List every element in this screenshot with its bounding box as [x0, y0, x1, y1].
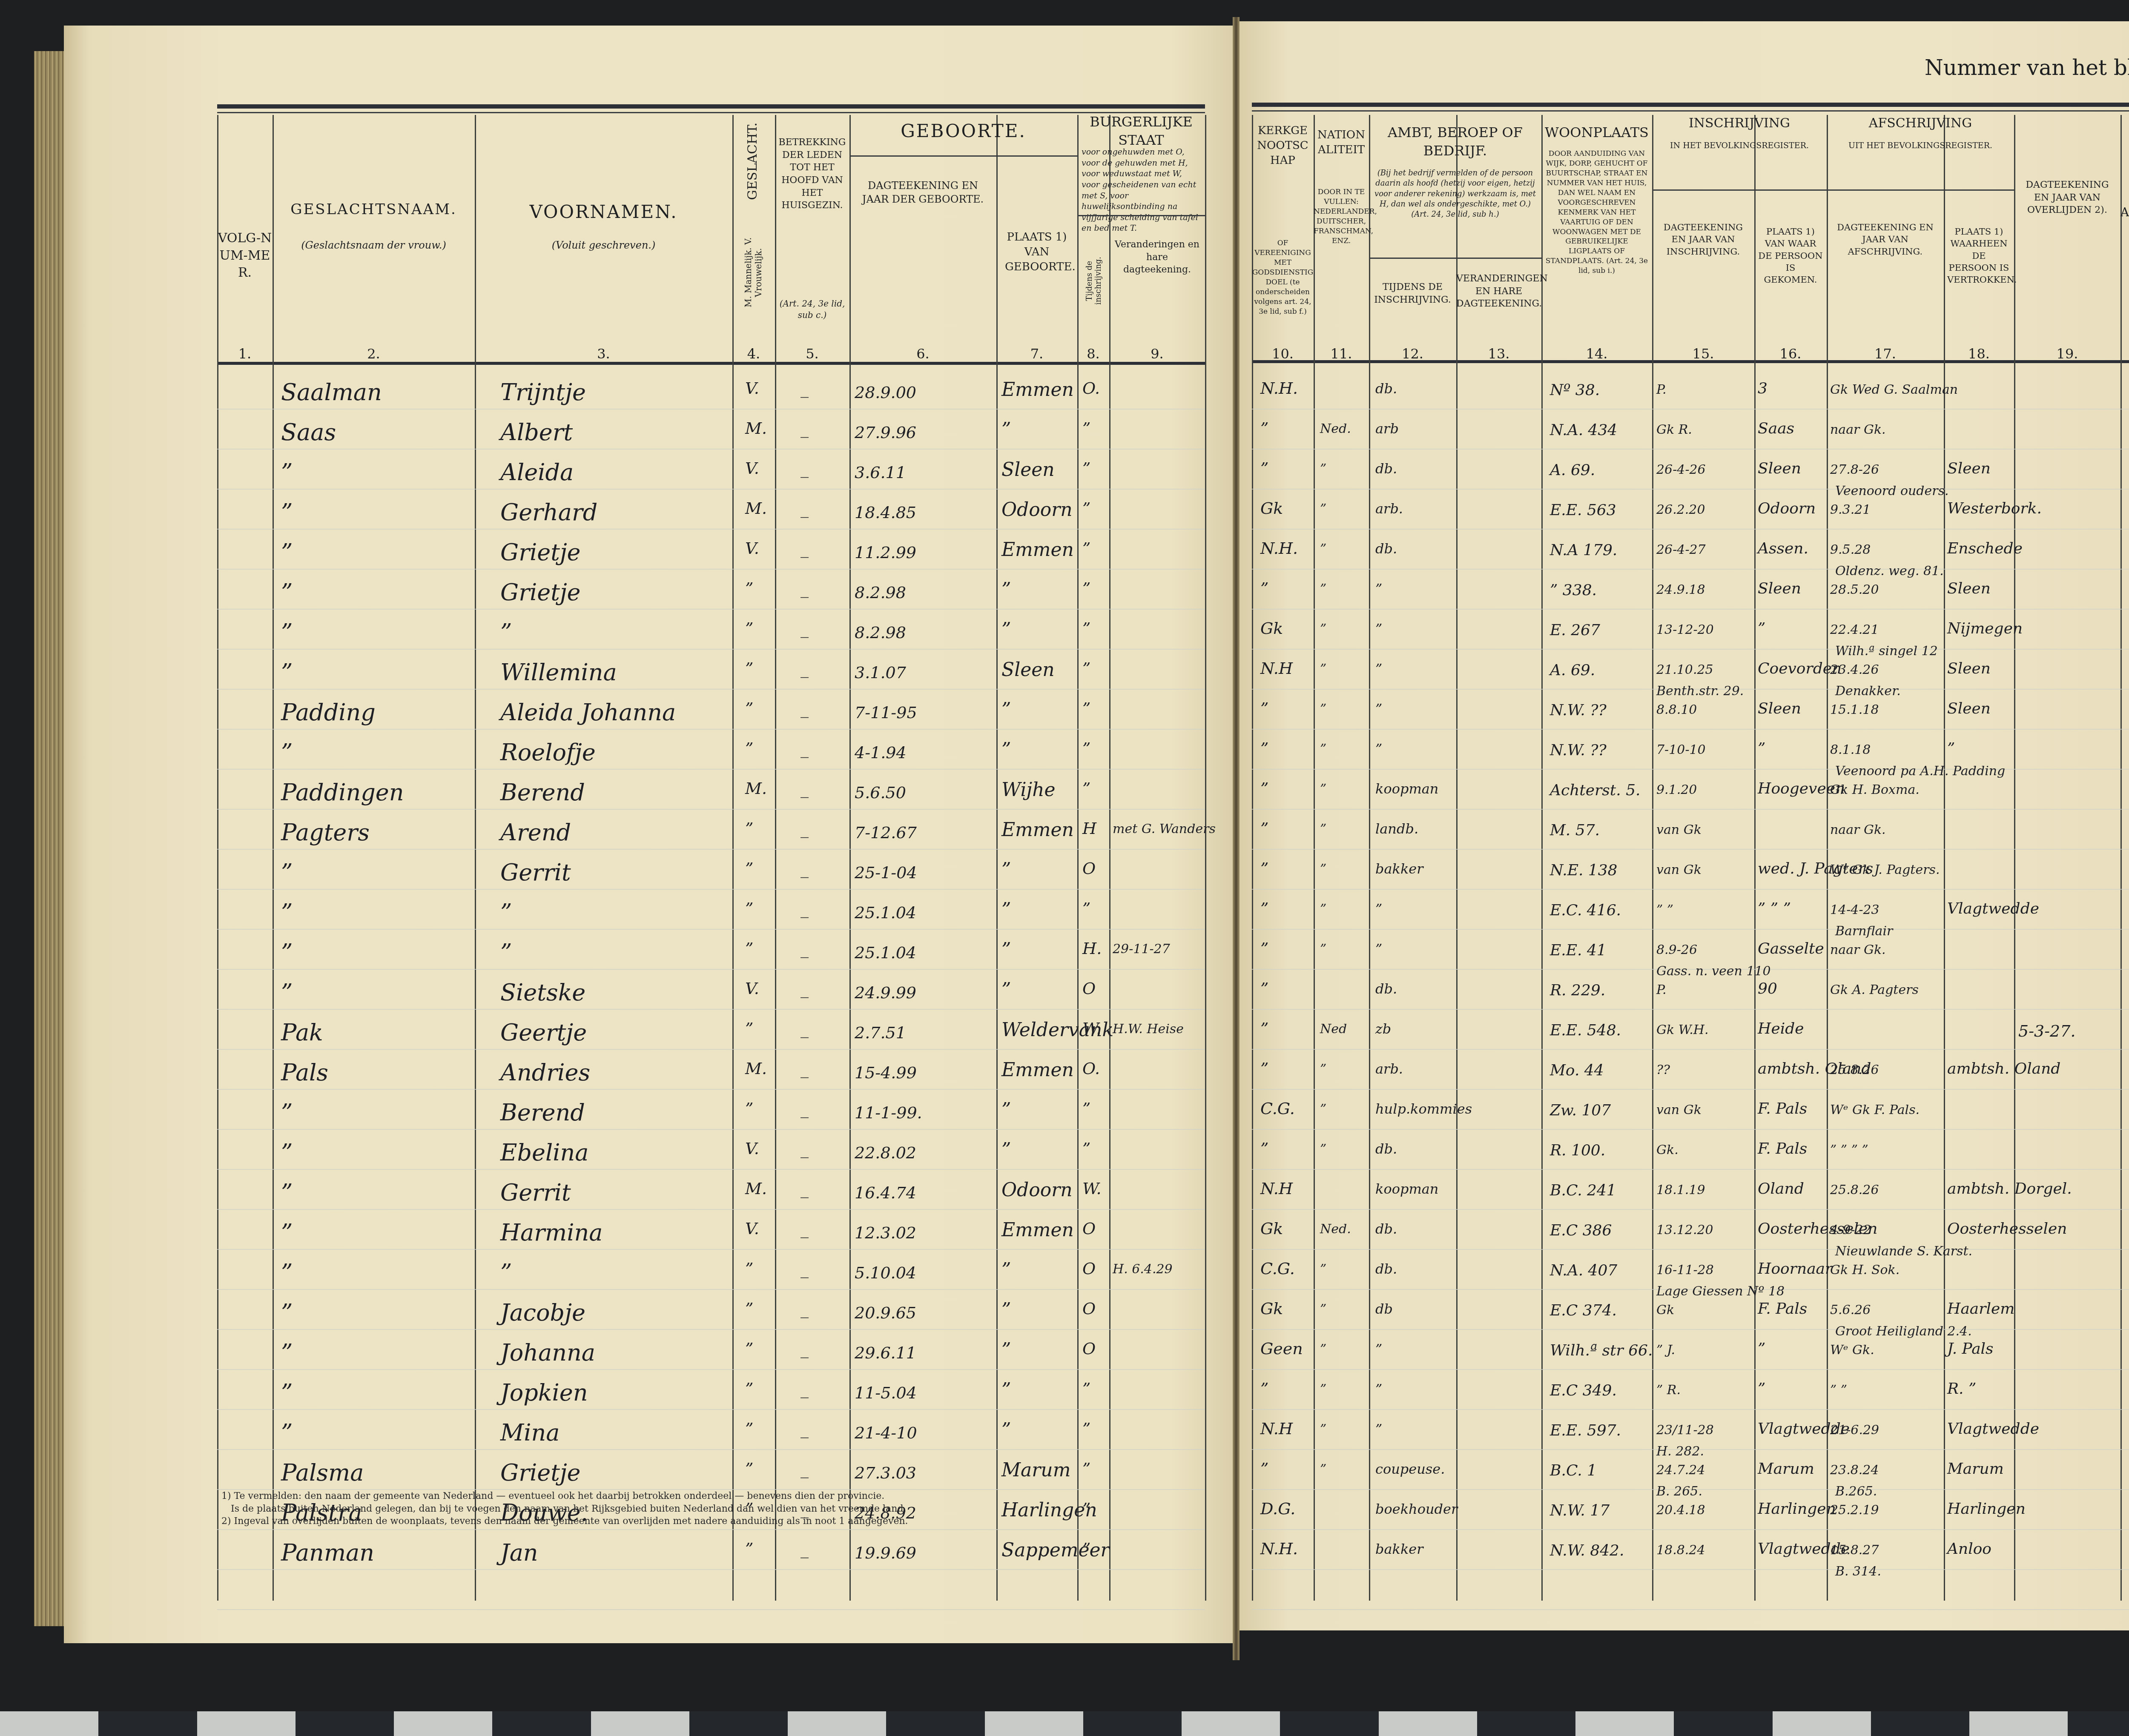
- scale-square: [492, 1711, 591, 1736]
- ruled-line: [217, 729, 1205, 730]
- registration-date-cell: van Gk: [1656, 822, 1701, 837]
- address-cell: R. 100.: [1550, 1142, 1605, 1159]
- surname-cell: Padding: [281, 699, 376, 726]
- ruled-line: [1252, 1129, 2129, 1130]
- surname-cell: ”: [281, 499, 293, 526]
- ruled-line: [217, 1009, 1205, 1010]
- address-cell: E. 267: [1550, 622, 1600, 639]
- birth-date-cell: 27.9.96: [855, 423, 916, 442]
- registration-from-cell: Sleen: [1758, 580, 1801, 597]
- ruled-line: [1252, 489, 2129, 490]
- deregistration-to-cell: Sleen: [1947, 700, 1991, 717]
- birth-place-cell: Wijhe: [1001, 779, 1056, 801]
- ruled-line: [217, 609, 1205, 610]
- birth-place-cell: Sappemeer: [1001, 1539, 1110, 1561]
- registration-date-cell: 13.12.20: [1656, 1223, 1713, 1238]
- registration-date-cell: 24.7.24: [1656, 1463, 1705, 1478]
- header-rule-right-thin: [1252, 110, 2129, 112]
- scale-square: [394, 1711, 492, 1736]
- ruled-line: [217, 569, 1205, 570]
- sex-cell: ”: [745, 1539, 753, 1558]
- col-number: 8.: [1077, 345, 1109, 363]
- civil-status-cell: O: [1082, 1299, 1096, 1318]
- relation-cell: _: [801, 1299, 809, 1318]
- first-name-cell: Jan: [500, 1539, 538, 1566]
- birth-place-cell: Odoorn: [1001, 1179, 1073, 1201]
- address-cell: M. 57.: [1550, 822, 1600, 839]
- occupation-cell: koopman: [1375, 1181, 1438, 1197]
- ruled-line: [1252, 529, 2129, 530]
- scale-square: [689, 1711, 788, 1736]
- footnote-1: 1) Te vermelden: den naam der gemeente v…: [221, 1490, 908, 1503]
- first-name-cell: ”: [500, 619, 512, 646]
- first-name-cell: Aleida: [500, 459, 574, 486]
- deregistration-date-cell: 14-4-23: [1830, 902, 1879, 917]
- ruled-line: [217, 1049, 1205, 1050]
- occupation-cell: koopman: [1375, 781, 1438, 797]
- birth-date-cell: 11-5.04: [855, 1384, 917, 1402]
- nationality-cell: ”: [1320, 1422, 1326, 1437]
- civil-status-cell: W.: [1082, 1179, 1102, 1198]
- birth-date-cell: 7-11-95: [855, 703, 917, 722]
- birth-date-cell: 8.2.98: [855, 623, 906, 642]
- surname-cell: ”: [281, 579, 293, 606]
- birth-place-cell: Marum: [1001, 1459, 1070, 1481]
- deregistration-to-cell: Marum: [1947, 1460, 2004, 1478]
- sex-cell: ”: [745, 819, 753, 838]
- civil-status-cell: O: [1082, 1339, 1096, 1358]
- deregistration-date-cell: Wᵉ Gk F. Pals.: [1830, 1103, 1920, 1117]
- civil-status-change-cell: 29-11-27: [1113, 942, 1170, 957]
- registration-date-cell: 9.1.20: [1656, 782, 1697, 797]
- civil-status-cell: O: [1082, 1259, 1096, 1278]
- scale-square: [788, 1711, 886, 1736]
- sex-cell: V.: [745, 979, 759, 998]
- relation-cell: _: [801, 1259, 809, 1278]
- col-note-aanmerkingen: (Art. 24, 5e lid.): [2120, 238, 2129, 250]
- sex-cell: ”: [745, 579, 753, 598]
- occupation-cell: db.: [1375, 381, 1397, 397]
- civil-status-cell: ”: [1082, 579, 1090, 598]
- ruled-line: [1252, 889, 2129, 890]
- sex-cell: V.: [745, 539, 759, 558]
- deregistration-to-cell: Enschede: [1947, 540, 2023, 557]
- address-cell: Achterst. 5.: [1550, 782, 1641, 799]
- scale-square: [1083, 1711, 1182, 1736]
- church-cell: ”: [1260, 459, 1268, 478]
- column-divider: [1109, 115, 1110, 1601]
- deregistration-to-cell: Sleen: [1947, 580, 1991, 597]
- relation-cell: _: [801, 539, 809, 558]
- sex-cell: ”: [745, 899, 753, 918]
- ruled-line: [217, 929, 1205, 930]
- relation-cell: _: [801, 1099, 809, 1118]
- first-name-cell: Grietje: [500, 1459, 581, 1486]
- deregistration-to-cell: Vlagtwedde: [1947, 900, 2039, 917]
- group-divider-geboorte: [849, 155, 1077, 157]
- church-cell: ”: [1260, 859, 1268, 878]
- column-divider: [849, 115, 851, 1601]
- sex-cell: M.: [745, 1179, 767, 1198]
- deregistration-date-cell: Gk A. Pagters: [1830, 983, 1919, 997]
- nationality-cell: ”: [1320, 1262, 1326, 1277]
- group-divider-inschrijving: [1652, 189, 1827, 191]
- relation-cell: _: [801, 499, 809, 518]
- surname-cell: ”: [281, 979, 293, 1006]
- registration-date-cell: 18.8.24: [1656, 1543, 1705, 1558]
- sex-cell: ”: [745, 1339, 753, 1358]
- column-divider: [273, 115, 274, 1601]
- surname-cell: ”: [281, 1299, 293, 1326]
- church-cell: N.H: [1260, 1419, 1293, 1438]
- church-cell: ”: [1260, 779, 1268, 798]
- address-cell: R. 229.: [1550, 982, 1605, 999]
- birth-date-cell: 16.4.74: [855, 1183, 916, 1202]
- nationality-cell: ”: [1320, 662, 1326, 676]
- deregistration-date-cell: Wᵉ Gk.: [1830, 1343, 1874, 1358]
- col-number: 19.: [2014, 345, 2120, 363]
- surname-cell: ”: [281, 899, 293, 926]
- deregistration-to-cell: ambtsh. Dorgel.: [1947, 1180, 2072, 1197]
- registration-note: B. 265.: [1656, 1484, 1702, 1499]
- nationality-cell: Ned: [1320, 1022, 1347, 1037]
- address-cell: B.C. 241: [1550, 1182, 1616, 1199]
- civil-status-cell: ”: [1082, 459, 1090, 478]
- birth-date-cell: 20.9.65: [855, 1303, 916, 1322]
- ruled-line: [217, 1609, 1205, 1610]
- scale-square: [1477, 1711, 1575, 1736]
- col-number: 20.: [2120, 345, 2129, 363]
- sex-cell: M.: [745, 419, 767, 438]
- first-name-cell: Johanna: [500, 1339, 595, 1366]
- registration-date-cell: 26-4-26: [1656, 462, 1706, 477]
- surname-cell: ”: [281, 1259, 293, 1286]
- birth-place-cell: ”: [1001, 419, 1011, 441]
- deregistration-date-cell: 25.2.19: [1830, 1503, 1879, 1518]
- relation-cell: _: [801, 459, 809, 478]
- occupation-cell: db.: [1375, 1261, 1397, 1277]
- surname-cell: ”: [281, 1179, 293, 1206]
- col-number: 11.: [1314, 345, 1369, 363]
- civil-status-change-cell: H. 6.4.29: [1113, 1262, 1173, 1277]
- civil-status-change-cell: H.W. Heise: [1113, 1022, 1184, 1037]
- church-cell: ”: [1260, 739, 1268, 758]
- relation-cell: _: [801, 899, 809, 918]
- registration-date-cell: 8.9-26: [1656, 942, 1697, 957]
- col-header-tijdens-inschrijving: Tijdens de inschrijving.: [1085, 238, 1103, 324]
- column-divider: [1754, 115, 1756, 1601]
- first-name-cell: Gerhard: [500, 499, 597, 526]
- birth-place-cell: ”: [1001, 1339, 1011, 1361]
- church-cell: ”: [1260, 1059, 1268, 1078]
- birth-place-cell: Emmen: [1001, 1059, 1074, 1081]
- col-note-geslachtsnaam: (Geslachtsnaam der vrouw.): [273, 238, 475, 252]
- deregistration-to-cell: ”: [1947, 740, 1955, 757]
- deregistration-to-cell: Anloo: [1947, 1540, 1991, 1558]
- civil-status-cell: ”: [1082, 739, 1090, 758]
- registration-date-cell: 26.2.20: [1656, 502, 1705, 517]
- deregistration-to-cell: Harlingen: [1947, 1500, 2026, 1518]
- scale-square: [591, 1711, 689, 1736]
- ruled-line: [1252, 1569, 2129, 1570]
- birth-place-cell: ”: [1001, 979, 1011, 1001]
- ruled-line: [1252, 809, 2129, 810]
- birth-place-cell: ”: [1001, 1259, 1011, 1281]
- scale-square: [197, 1711, 296, 1736]
- sex-cell: ”: [745, 1259, 753, 1278]
- column-divider: [2014, 115, 2015, 1601]
- church-cell: ”: [1260, 579, 1268, 598]
- first-name-cell: Jopkien: [500, 1379, 588, 1406]
- first-name-cell: Grietje: [500, 579, 581, 606]
- occupation-cell: arb: [1375, 421, 1399, 437]
- first-name-cell: Sietske: [500, 979, 585, 1006]
- birth-date-cell: 4-1.94: [855, 743, 907, 762]
- registration-date-cell: 24.9.18: [1656, 582, 1705, 597]
- registration-date-cell: 23/11-28: [1656, 1423, 1714, 1438]
- church-cell: C.G.: [1260, 1099, 1295, 1118]
- registration-date-cell: Gk R.: [1656, 422, 1692, 437]
- col-number: 6.: [849, 345, 996, 363]
- deregistration-to-cell: Sleen: [1947, 460, 1991, 477]
- registration-from-cell: Heide: [1758, 1020, 1804, 1037]
- birth-date-cell: 25-1-04: [855, 863, 917, 882]
- deregistration-note: B.265.: [1835, 1484, 1877, 1499]
- column-divider: [996, 115, 998, 1601]
- ruled-line: [217, 809, 1205, 810]
- registration-date-cell: 20.4.18: [1656, 1503, 1705, 1518]
- nationality-cell: ”: [1320, 742, 1326, 756]
- group-header-inschrijving: INSCHRIJVING: [1652, 115, 1827, 132]
- col-number: 4.: [732, 345, 775, 363]
- occupation-cell: db.: [1375, 1221, 1397, 1237]
- col-header-volgnummer: VOLG-NUM-MER.: [217, 230, 273, 282]
- column-divider: [1541, 115, 1543, 1601]
- deregistration-date-cell: 4-9-22: [1830, 1223, 1871, 1238]
- registration-date-cell: Gk: [1656, 1303, 1674, 1318]
- burgerlijke-staat-note: voor ongehuwden met O, voor de gehuwden …: [1077, 147, 1205, 234]
- col-note-nationaliteit: DOOR IN TE VULLEN: NEDERLANDER, DUITSCHE…: [1314, 187, 1369, 246]
- church-cell: ”: [1260, 1379, 1268, 1398]
- scale-square: [886, 1711, 984, 1736]
- birth-date-cell: 2.7.51: [855, 1023, 906, 1042]
- col-header-betrekking: BETREKKING DER LEDEN TOT HET HOOFD VAN H…: [775, 136, 849, 212]
- birth-place-cell: Emmen: [1001, 1219, 1074, 1241]
- address-cell: E.C 386: [1550, 1222, 1612, 1239]
- column-divider: [217, 115, 218, 1601]
- deregistration-date-cell: 8.1.18: [1830, 742, 1871, 757]
- relation-cell: _: [801, 1139, 809, 1158]
- nationality-cell: ”: [1320, 622, 1326, 636]
- address-cell: E.C 349.: [1550, 1382, 1617, 1399]
- registration-from-cell: Odoorn: [1758, 500, 1816, 517]
- deregistration-date-cell: 22.4.21: [1830, 622, 1879, 637]
- deregistration-date-cell: naar Gk.: [1830, 822, 1886, 837]
- surname-cell: ”: [281, 619, 293, 646]
- col-header-kerkgenootschap: KERKGENOOTSCHAP: [1252, 123, 1314, 168]
- book-gutter: [1233, 17, 1240, 1660]
- nationality-cell: ”: [1320, 1342, 1326, 1357]
- header-rule-right: [1252, 103, 2129, 107]
- church-cell: Gk: [1260, 499, 1283, 518]
- relation-cell: _: [801, 1219, 809, 1238]
- col-number: 17.: [1827, 345, 1944, 363]
- address-cell: N.W. ??: [1550, 702, 1607, 719]
- color-scale-bar: [0, 1711, 2129, 1736]
- ruled-line: [1252, 609, 2129, 610]
- group-header-geboorte: GEBOORTE.: [849, 119, 1077, 143]
- nationality-cell: ”: [1320, 1102, 1326, 1117]
- birth-date-cell: 25.1.04: [855, 903, 916, 922]
- sex-cell: ”: [745, 1299, 753, 1318]
- deregistration-note: Denakker.: [1835, 684, 1901, 699]
- col-header-afschrijving-datum: DAGTEEKENING EN JAAR VAN AFSCHRIJVING.: [1827, 221, 1944, 258]
- ruled-line: [1252, 1169, 2129, 1170]
- nationality-cell: ”: [1320, 822, 1326, 836]
- first-name-cell: Aleida Johanna: [500, 699, 676, 726]
- deregistration-to-cell: Oosterhesselen: [1947, 1220, 2067, 1238]
- relation-cell: _: [801, 1019, 809, 1038]
- civil-status-cell: ”: [1082, 419, 1090, 438]
- address-cell: B.C. 1: [1550, 1462, 1597, 1479]
- col-number: 2.: [273, 345, 475, 363]
- ruled-line: [217, 409, 1205, 410]
- civil-status-change-cell: met G. Wanders: [1113, 822, 1216, 836]
- ruled-line: [217, 769, 1205, 770]
- surname-cell: ”: [281, 739, 293, 766]
- ruled-line: [1252, 1009, 2129, 1010]
- first-name-cell: Gerrit: [500, 1179, 571, 1206]
- birth-date-cell: 11.2.99: [855, 543, 916, 562]
- first-name-cell: Grietje: [500, 539, 581, 566]
- deregistration-date-cell: Gk H. Boxma.: [1830, 782, 1920, 797]
- sex-cell: ”: [745, 1419, 753, 1438]
- registration-date-cell: P.: [1656, 382, 1667, 397]
- address-cell: N.A. 407: [1550, 1262, 1617, 1279]
- registration-date-cell: 7-10-10: [1656, 742, 1706, 757]
- first-name-cell: Albert: [500, 419, 573, 446]
- deregistration-to-cell: J. Pals: [1947, 1340, 1994, 1358]
- occupation-cell: arb.: [1375, 501, 1403, 517]
- occupation-cell: hulp.kommies: [1375, 1101, 1472, 1117]
- ruled-line: [1252, 929, 2129, 930]
- address-cell: E.E. 548.: [1550, 1022, 1621, 1039]
- registration-date-cell: ” ”: [1656, 902, 1673, 917]
- first-name-cell: Trijntje: [500, 379, 586, 406]
- surname-cell: Pagters: [281, 819, 370, 846]
- group-divider-burgerlijke-staat: [1077, 215, 1205, 216]
- deregistration-date-cell: 15.8.27: [1830, 1543, 1879, 1558]
- registration-date-cell: van Gk: [1656, 862, 1701, 877]
- column-divider: [475, 115, 476, 1601]
- surname-cell: ”: [281, 459, 293, 486]
- registration-date-cell: ” J.: [1656, 1343, 1675, 1358]
- first-name-cell: ”: [500, 1259, 512, 1286]
- registration-from-cell: Oland: [1758, 1180, 1804, 1197]
- nationality-cell: ”: [1320, 461, 1326, 476]
- footnote-1b: Is de plaats buiten Nederland gelegen, d…: [221, 1503, 908, 1515]
- first-name-cell: Ebelina: [500, 1139, 588, 1166]
- address-cell: E.E. 597.: [1550, 1422, 1621, 1439]
- ruled-line: [217, 449, 1205, 450]
- occupation-cell: ”: [1375, 741, 1382, 757]
- deregistration-note: Wilh.ª singel 12: [1835, 644, 1938, 659]
- church-cell: N.H.: [1260, 1539, 1298, 1558]
- deregistration-note: Veenoord ouders.: [1835, 484, 1949, 498]
- ruled-line: [217, 1089, 1205, 1090]
- address-cell: E.E. 563: [1550, 501, 1616, 519]
- church-cell: ”: [1260, 699, 1268, 718]
- occupation-cell: ”: [1375, 621, 1382, 637]
- occupation-cell: ”: [1375, 941, 1382, 957]
- column-divider: [1827, 115, 1828, 1601]
- ruled-line: [217, 529, 1205, 530]
- ruled-line: [217, 1329, 1205, 1330]
- address-cell: E.E. 41: [1550, 942, 1607, 959]
- church-cell: N.H: [1260, 1179, 1293, 1198]
- church-cell: N.H: [1260, 659, 1293, 678]
- registration-from-cell: Sleen: [1758, 700, 1801, 717]
- surname-cell: Paddingen: [281, 779, 404, 806]
- address-cell: ” 338.: [1550, 582, 1597, 599]
- registration-date-cell: ” R.: [1656, 1383, 1681, 1398]
- registration-date-cell: 13-12-20: [1656, 622, 1714, 637]
- deregistration-date-cell: 23.8.24: [1830, 1463, 1879, 1478]
- ruled-line: [217, 849, 1205, 850]
- col-header-aanmerkingen: AANMERKINGEN.: [2120, 204, 2129, 221]
- surname-cell: ”: [281, 1099, 293, 1126]
- ruled-line: [1252, 1249, 2129, 1250]
- deregistration-date-cell: Gk H. Sok.: [1830, 1263, 1899, 1278]
- church-cell: N.H.: [1260, 539, 1298, 558]
- address-cell: N.W. 842.: [1550, 1542, 1624, 1559]
- sex-cell: ”: [745, 1019, 753, 1038]
- scale-square: [1969, 1711, 2068, 1736]
- scale-square: [2068, 1711, 2129, 1736]
- birth-date-cell: 8.2.98: [855, 583, 906, 602]
- nationality-cell: ”: [1320, 942, 1326, 957]
- surname-cell: Pals: [281, 1059, 328, 1086]
- church-cell: ”: [1260, 899, 1268, 918]
- first-name-cell: ”: [500, 939, 512, 966]
- registration-date-cell: ??: [1656, 1063, 1670, 1077]
- header-rule-left: [217, 104, 1205, 109]
- registration-from-cell: Hoornaar: [1758, 1260, 1832, 1278]
- birth-place-cell: ”: [1001, 739, 1011, 761]
- birth-place-cell: Emmen: [1001, 379, 1074, 401]
- group-divider-afschrijving: [1827, 189, 2014, 191]
- occupation-cell: ”: [1375, 1421, 1382, 1437]
- nationality-cell: ”: [1320, 1062, 1326, 1077]
- civil-status-cell: O: [1082, 1219, 1096, 1238]
- birth-place-cell: Odoorn: [1001, 499, 1073, 521]
- registration-from-cell: Coevorden: [1758, 660, 1842, 677]
- occupation-cell: ”: [1375, 701, 1382, 717]
- registration-from-cell: ” ” ”: [1758, 900, 1791, 917]
- deregistration-note: B. 314.: [1835, 1564, 1881, 1579]
- deregistration-date-cell: 28.5.20: [1830, 582, 1879, 597]
- first-name-cell: Geertje: [500, 1019, 587, 1046]
- ruled-line: [1252, 849, 2129, 850]
- col-header-tijdens-inschrijving-r: TIJDENS DE INSCHRIJVING.: [1369, 281, 1456, 306]
- sex-cell: V.: [745, 459, 759, 478]
- group-header-afschrijving: AFSCHRIJVING: [1827, 115, 2014, 132]
- civil-status-cell: ”: [1082, 1099, 1090, 1118]
- col-number: 15.: [1652, 345, 1754, 363]
- column-divider: [1252, 115, 1253, 1601]
- civil-status-cell: O: [1082, 979, 1096, 998]
- scale-square: [1379, 1711, 1477, 1736]
